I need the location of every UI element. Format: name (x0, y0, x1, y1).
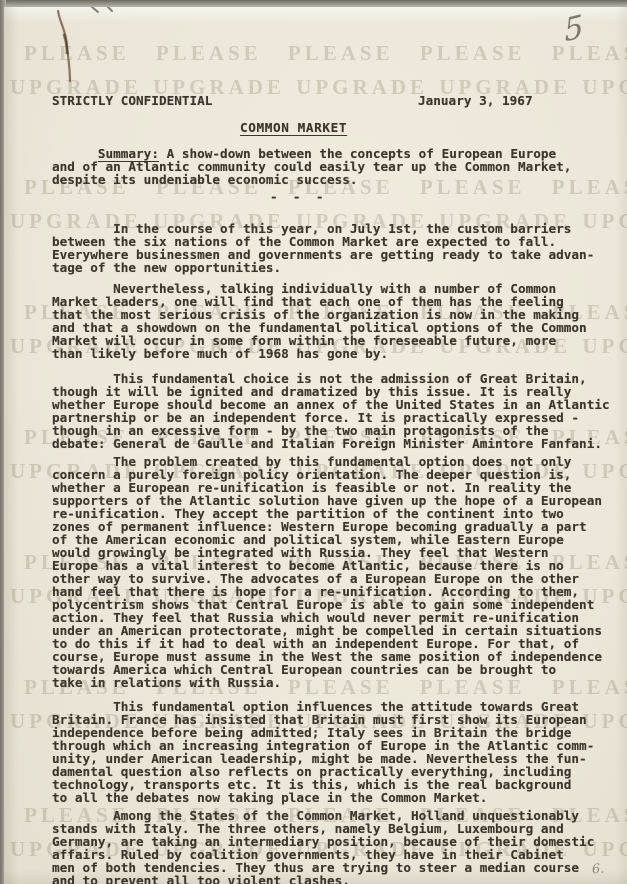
body-paragraph-4: The problem created by this fundamental … (52, 455, 602, 689)
document-title: COMMON MARKET (240, 121, 347, 134)
scanned-document-page: { "document": { "classification": "STRIC… (0, 0, 627, 884)
summary-paragraph: Summary: A show-down between the concept… (52, 147, 571, 186)
body-paragraph-6: Among the States of the Common Market, H… (52, 809, 594, 884)
paper-sheet: PLEASE PLEASE PLEASE PLEASE PLEASE UPGRA… (4, 7, 627, 884)
body-paragraph-1: In the course of this year, on July 1st,… (52, 222, 594, 274)
body-paragraph-5: This fundamental option influences the a… (52, 700, 594, 804)
classification-stamp: STRICTLY CONFIDENTIAL (52, 94, 212, 107)
section-separator: - - - (270, 190, 323, 203)
body-paragraph-2: Nevertheless, talking individually with … (52, 282, 587, 360)
handwritten-page-number-bottom: 6. (591, 862, 604, 878)
handwritten-page-number-top: 5 (563, 8, 585, 49)
document-date: January 3, 1967 (418, 94, 533, 107)
body-paragraph-3: This fundamental choice is not the admis… (52, 372, 610, 450)
watermark-please-row: PLEASE PLEASE PLEASE PLEASE PLEASE (24, 43, 627, 64)
